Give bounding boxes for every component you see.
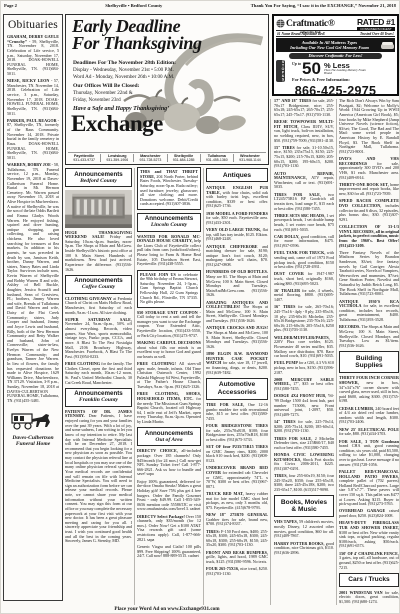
- than-leading-label: Than The Leading Memory Foam Brand: [324, 69, 369, 76]
- tagline-right: Trusted Over 40 Years!: [360, 32, 394, 36]
- section-header-line2: Coffee County: [66, 284, 131, 290]
- closed-line1: Thursday, November 22nd &: [73, 90, 133, 96]
- classified-ad: FUEL PUMP for a GM, 4.3 V6 S10 pickup, n…: [274, 361, 334, 375]
- classified-ad: TIRES FOR SALE, two LT245/75R16 BF Goodr…: [274, 193, 334, 212]
- section-header-line1: Announcements: [138, 215, 200, 222]
- classified-ad: 15″ TIRES for sale, 31-10.50x15, nice, $…: [274, 146, 334, 169]
- free-information-label: For Prices & Free Information:: [292, 77, 350, 82]
- office-phone: 931-433-9737: [68, 158, 100, 162]
- craftmatic-brand: Craftmatic®: [286, 19, 335, 29]
- section-header-line1: Announcements: [66, 277, 131, 284]
- classified-ad: DVD'S AND VHS RECORDINGS for sale, appro…: [339, 157, 399, 180]
- office-phone: 931-684-1285: [168, 158, 200, 162]
- banner-line2: Including Our New Cool Gel Memory Foam: [278, 45, 381, 50]
- classified-ad: DIRECTV Select Package! Over 150 channel…: [137, 515, 201, 543]
- classified-ad: 14″ TIRES for sale, 225-70x14, $200; 205…: [274, 420, 334, 434]
- office-lewisburg: Lewisburg931-359-1906: [100, 154, 133, 162]
- classified-ad: AUTO REPAIR, MAINTENANCE, ATV repair, Wi…: [274, 172, 334, 191]
- fifty-number: 50: [302, 59, 321, 79]
- column-divider: [134, 168, 135, 605]
- column-auto-continued: 17″ AND 18″ TIRES for sale, 265-70x17 Br…: [274, 99, 334, 605]
- section-header-line2: Bedford County: [66, 178, 131, 184]
- wordad-deadline: Word Ad - Monday, November 26th • 10:00 …: [73, 74, 174, 80]
- closed-line2: Friday, November 23rd: [73, 97, 121, 103]
- header-region: Shelbyville • Bedford County: [105, 3, 162, 8]
- classified-ad: HARRY POTTER BOOKS, good condition, nice…: [274, 542, 334, 556]
- craftmatic-tagline: #1 Name Brand Adjustable Bed! Trusted Ov…: [276, 30, 395, 37]
- classified-ad: THREE SETS SBC HEADS, 1 set powerpack he…: [274, 214, 334, 233]
- classified-ad: CAR DOLLY, good condition, call for more…: [274, 235, 334, 249]
- mattress-banner: Available In All Mattress Types Includin…: [276, 38, 395, 52]
- classified-ad: WELDER/MUFFLER/PARTS, 220V Flux core wel…: [274, 336, 334, 359]
- classified-ad: 17″ AND 18″ TIRES for sale, 265-70x17 Br…: [274, 99, 334, 118]
- section-header-franklin-county: AnnouncementsFranklin County: [65, 388, 132, 407]
- classified-ad: CEDAR LUMBER, 240 board feet of 4/4 air …: [339, 407, 399, 426]
- classified-ad: FREE CLOTHING for the family. The Clothe…: [65, 362, 132, 385]
- category-header-automotive-accessories: Automotive Accessories: [206, 378, 268, 400]
- deadline-title-line2: For Thanksgiving: [72, 35, 202, 52]
- obituary-entry: PARKER, PAUL REAGOR - 87, Shelbyville, T…: [7, 119, 59, 161]
- classified-ad: OVERHEAD GARAGE raised panel door, $250.…: [339, 509, 399, 518]
- classified-ad: ANTIQUE 1930'S RCA VICTROLA for sale, in…: [339, 300, 399, 323]
- obituaries-title: Obituaries: [7, 19, 59, 31]
- office-phone: 931-968-1144: [234, 158, 266, 162]
- section-header-bedford-county: AnnouncementsBedford County: [65, 168, 132, 187]
- fifty-percent-block: STOP&SAVE Up to 50 % Less Than The Leadi…: [276, 60, 395, 83]
- classified-ad: COLLECTION OF 33-1/3 VINYL RECORDS, all …: [339, 225, 399, 248]
- classified-ad: The Rich Don't Always Win by Sam Pizziga…: [339, 99, 399, 155]
- exchange-logo: Exchange: [71, 111, 163, 137]
- category-header-antiques: Antiques: [206, 168, 268, 182]
- classified-ad: NEW 18″ 275R70 GENERAL Grabber tires for…: [206, 513, 268, 527]
- office-phone: 931-455-1360: [201, 158, 233, 162]
- classified-ad: HUGE THANKSGIVING WEEKEND SALE! Friday a…: [65, 231, 132, 273]
- newspaper-page: Page 2 Shelbyville • Bedford County Than…: [0, 0, 400, 614]
- classified-ad: FREE CLOTHING! All sizes-all ages: male,…: [137, 362, 201, 390]
- office-phone: 931-359-1906: [101, 158, 133, 162]
- rated-by: CONSUMERS DIGEST: [357, 27, 395, 31]
- classified-ad: UNDERCOVER BRAND BED COVER for extended …: [206, 466, 268, 489]
- category-header-building-supplies: Building Supplies: [339, 351, 399, 373]
- craftmatic-ad: Craftmatic® Adjustable Beds RATED #1 CON…: [272, 14, 399, 96]
- section-header-coffee-county: AnnouncementsCoffee County: [65, 275, 132, 294]
- section-header-line2: Out of Area: [138, 437, 200, 443]
- craftmatic-header: Craftmatic® Adjustable Beds RATED #1 CON…: [276, 17, 395, 30]
- classified-ad: VERY OLD LARGE TRUNK, flat top, still ha…: [206, 228, 268, 242]
- classified-ad: VHS TAPES, 59 children's movies, mostly …: [274, 520, 334, 539]
- section-header-out-of-area: AnnouncementsOut of Area: [137, 427, 201, 446]
- classified-ad: SET OF four P235/75R15 TIRES on GMC Jimm…: [206, 445, 268, 464]
- up-to-label: Up to: [292, 61, 301, 66]
- obituary-entry: NIESE, RICKY LEON - 57, Manchester, TN. …: [7, 79, 59, 116]
- obituary-entry: WARREN, BOBBY JOE - 58, Tullahoma, TN. F…: [7, 163, 59, 404]
- classified-ad: FOUR 265-75X16, nice tread, $250. (931)7…: [206, 567, 268, 576]
- classified-ad: 1890 ELGIN B.W. RAYMOND HUNTER CASE POCK…: [206, 352, 268, 375]
- rated-number-one: RATED #1: [357, 17, 395, 27]
- section-header-line1: Announcements: [66, 390, 131, 397]
- section-header-line2: Lincoln County: [138, 222, 200, 228]
- classified-ad: THIRTY-ONE BOOK SET, home improvement an…: [339, 183, 399, 197]
- classified-ad: HEAVY-DUTY FIBERGLASS TUB AND SHOWER INS…: [339, 521, 399, 549]
- classified-ad: FOR SALE, 3 TON Goodman brand CHA unit, …: [339, 440, 399, 468]
- classified-ad: RECORDS. The Shops at Main and McGrew, 1…: [339, 325, 399, 348]
- office-fayetteville: Fayetteville931-433-9737: [68, 154, 100, 162]
- classified-ad: Enjoy 100% guaranteed, delivered to-the-…: [137, 480, 201, 512]
- office-manchester: Manchester931-728-5273: [133, 154, 166, 162]
- column-divider: [336, 99, 337, 605]
- classified-ad: 16″ TIRES for sale, 265-70x16; 245-75x16…: [274, 305, 334, 333]
- office-phone: 931-728-5273: [134, 158, 166, 162]
- column-antiques: AntiquesANTIQUE ENGLISH PUB TABLE, with …: [206, 167, 268, 605]
- obituaries-list: GRAHAM, DERRY GAYLE “Crunchy” - 59, Shel…: [7, 35, 59, 404]
- section-header-lincoln-county: AnnouncementsLincoln County: [137, 213, 201, 232]
- classified-ad: 2001 WINDSTAR VAN for sale, electric doo…: [339, 591, 399, 605]
- classified-ad: WANTED FOR RONALD MC-DONALD HOUSE CHARIT…: [137, 235, 201, 267]
- category-header-books-movies-music: Books, Movies & Music: [274, 495, 334, 517]
- classified-ad: MAKING CAREFUL DECISIONS about what fill…: [137, 341, 201, 360]
- classified-ad: AMAZING ANTIQUES AND COLLECTIBLES! The S…: [206, 301, 268, 324]
- early-deadline-ad: Early Deadline For Thanksgiving Deadline…: [65, 14, 269, 165]
- classified-ad: ANTIQUE CROCKS AND JUGS! The Shops at Ma…: [206, 326, 268, 349]
- classified-ad: DIRECTV CHOICE, all-included package. Ov…: [137, 449, 201, 477]
- classified-ad: TIRE FOR SALE, One 12-16 gumbo mudder ti…: [206, 403, 268, 422]
- column-divider: [270, 99, 271, 605]
- page-number: Page 2: [4, 3, 17, 8]
- category-header-cars-trucks: Cars / Trucks: [339, 573, 399, 587]
- column-lincoln: THIS and THAT THRIFT STORE, 204 North Po…: [137, 167, 201, 605]
- classified-ad: THIS and THAT THRIFT STORE, 204 North Po…: [137, 167, 201, 210]
- classified-ad: CLOTHING GIVEAWAY at Fredonia Church of …: [65, 297, 132, 316]
- classified-ad: FRONT AND REAR BUMPERS, grille, lights, …: [206, 551, 268, 565]
- classified-ad: 1930 MODEL A FORD FENDERS for sale, $50 …: [206, 212, 268, 226]
- funeral-home-logo: Daves-Culbertson Funeral Home: [7, 410, 59, 449]
- column-bedford: AnnouncementsBedford CountyHUGE THANKSGI…: [65, 167, 132, 605]
- classified-ad: SPEED RACER COMPLETE DVD COLLECTION, inc…: [339, 199, 399, 222]
- classified-ad: $50 STORAGE UNIT COUPON - Call today to …: [137, 311, 201, 339]
- funeral-home-name2: Funeral Home: [7, 442, 59, 448]
- classified-ad: 150′ OF 4′ CHAINLINK FENCE, 3 gates, top…: [339, 552, 399, 571]
- classified-ad: DUST COVER for 1947-1987 truck, short be…: [274, 272, 334, 286]
- classified-ad: TRUCK BED MAT, heavy rubber mat for late…: [206, 492, 268, 511]
- globe-icon: [276, 19, 285, 28]
- exchange-offices: Fayetteville931-433-9737Lewisburg931-359…: [68, 152, 266, 162]
- classified-ad: 16′ TRAILER for sale, 4 wheels, metal fl…: [274, 289, 334, 303]
- classified-ad: Three Fantasy Novels of the Mistborn Ser…: [339, 251, 399, 297]
- classified-ad: HONDA CIVIC LOWERING KIT/SHOCKS, Shock P…: [274, 453, 334, 472]
- horse-drawn-hearse-icon: [10, 410, 56, 430]
- deadlines-label: Deadlines For The November 28th Edition:: [73, 60, 176, 66]
- obituary-entry: GRAHAM, DERRY GAYLE “Crunchy” - 59, Shel…: [7, 35, 59, 77]
- classified-ad: THIRTY FOUR INCH CORNER SHOWER, new in b…: [339, 376, 399, 404]
- tagline-left: #1 Name Brand Adjustable Bed!: [277, 32, 325, 36]
- classified-ad: PALLET RED/CHARCOAL HOLLAND PATIO PAVERS…: [339, 470, 399, 507]
- column-books-building: The Rich Don't Always Win by Sam Pizziga…: [339, 99, 399, 605]
- classified-ad: SUPER SATURDAY SALE, November 24, 9a.m.-…: [65, 318, 132, 360]
- section-header-line1: Announcements: [66, 171, 131, 178]
- classified-ad: PLEASE JOIN US to celebrate the 90th bir…: [137, 270, 201, 308]
- mattress-icon: [381, 41, 394, 50]
- classified-ad: HUNDREDS OF OLD BOTTLES. Many are $1. Th…: [206, 270, 268, 298]
- classified-ad: FUEL TANK FOR TRUCK, with sending unit, …: [274, 251, 334, 270]
- classified-ad: FOUR BRIDGESTONE TIRES for sale, 255x70x…: [206, 424, 268, 443]
- header-slogan: Thank You For Saying, “I saw it in the E…: [251, 3, 396, 8]
- obituaries-section: Obituaries GRAHAM, DERRY GAYLE “Crunchy”…: [3, 14, 63, 601]
- column-divider: [203, 168, 204, 605]
- craftmatic-phone: 866-425-2975: [276, 84, 395, 98]
- footer-line: Place your Word Ad on www.Exchange931.co…: [65, 606, 269, 612]
- section-header-line2: Franklin County: [66, 397, 131, 403]
- closed-label: Our Offices Will Be Closed:: [73, 83, 140, 89]
- classified-ad: TIRES: F-150 Ford rims, $400; 255-65x18,…: [206, 530, 268, 549]
- section-header-line1: Announcements: [138, 430, 200, 437]
- stop-and-save-badge: STOP&SAVE: [276, 60, 285, 82]
- classified-ad: ANTIQUE ENGLISH PUB TABLE, with four cha…: [206, 186, 268, 209]
- office-shelbyville: Shelbyville931-684-1285: [167, 154, 200, 162]
- classified-ad: TIRES FOR SALE, 2 Michelin Defender tire…: [274, 437, 334, 451]
- classified-ad: NEW 25′ ELECTRICAL POLE for sale, $80. (…: [339, 428, 399, 437]
- historic-post-office-photo: [65, 190, 132, 228]
- classified-ad: Generic Viagra and Cialis! 100 pills $99…: [137, 545, 201, 559]
- classified-ad: REESE TOWPOWER MULTI-FIT HITCH, Class II…: [274, 120, 334, 143]
- classified-ad: DODGE 4X4 FRONT HUB, '94-'99 Dodge 1500 …: [274, 394, 334, 417]
- classified-ad: PATIENTS OF DR. JAMES STENSBY. Dear Pati…: [65, 410, 132, 544]
- classified-ad: FREE CLOTHING, SHOES, HOUSEHOLD ITEMS, E…: [137, 392, 201, 424]
- page-header: Page 2 Shelbyville • Bedford County Than…: [4, 3, 396, 8]
- office-tullahoma: Tullahoma931-455-1360: [200, 154, 233, 162]
- classified-ad: 2008 MERCURY SABLE WHEEL, 17″, $35 or be…: [274, 378, 334, 392]
- classified-ad: TIRES, four 255-60x19, $150; four 245-35…: [274, 474, 334, 493]
- classified-ad: ANTIQUE CHIFFEROBE and matching dresser …: [206, 245, 268, 268]
- deadline-ad-title: Early Deadline For Thanksgiving: [72, 18, 202, 52]
- office-winchester: Winchester931-968-1144: [233, 154, 266, 162]
- display-deadline: Display - Wednesday, November 21st • 5:0…: [73, 67, 174, 73]
